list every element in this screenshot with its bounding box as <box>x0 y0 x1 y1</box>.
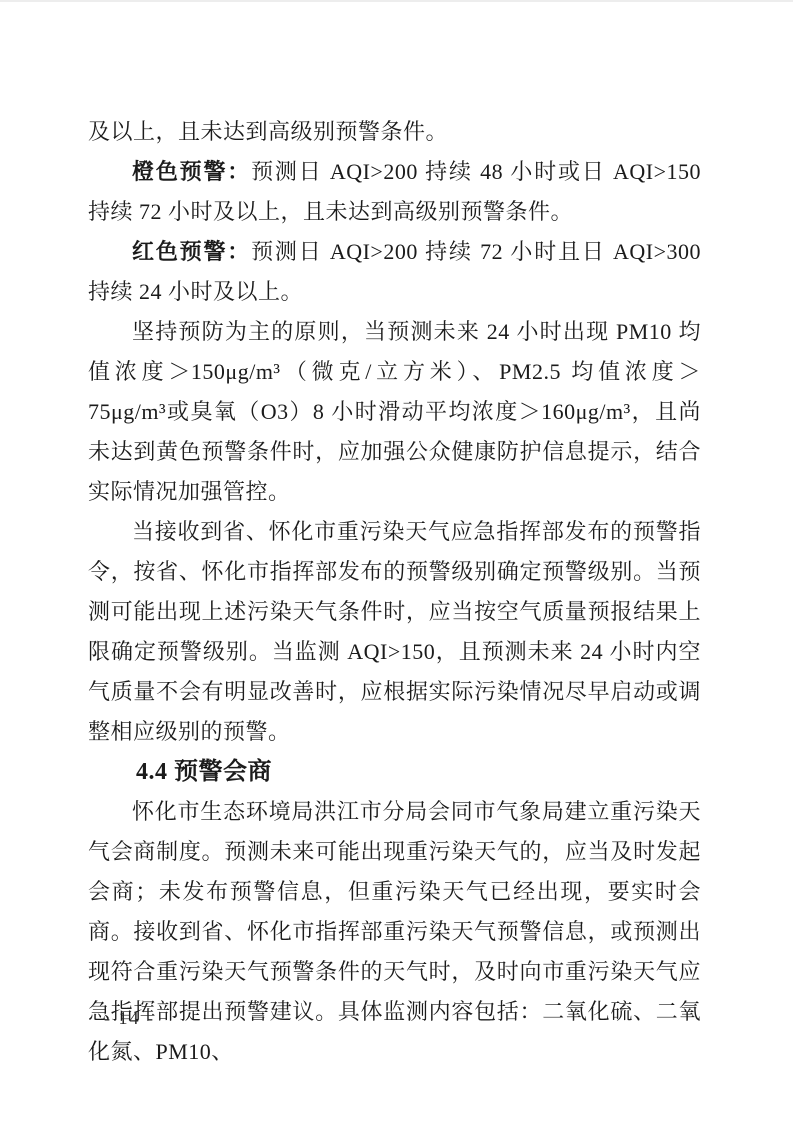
paragraph: 橙色预警：预测日 AQI>200 持续 48 小时或日 AQI>150 持续 7… <box>88 152 701 232</box>
section-heading: 4.4 预警会商 <box>88 752 701 792</box>
page-number: - 14 - <box>104 1006 155 1030</box>
bold-text-run: 4.4 预警会商 <box>136 759 272 785</box>
document-body: 及以上，且未达到高级别预警条件。橙色预警：预测日 AQI>200 持续 48 小… <box>88 112 701 1072</box>
paragraph: 及以上，且未达到高级别预警条件。 <box>88 112 701 152</box>
paragraph: 怀化市生态环境局洪江市分局会同市气象局建立重污染天气会商制度。预测未来可能出现重… <box>88 792 701 1072</box>
text-run: 及以上，且未达到高级别预警条件。 <box>88 119 448 144</box>
bold-text-run: 橙色预警： <box>132 159 251 184</box>
bold-text-run: 红色预警： <box>132 239 251 264</box>
text-run: 怀化市生态环境局洪江市分局会同市气象局建立重污染天气会商制度。预测未来可能出现重… <box>88 799 701 1064</box>
text-run: 坚持预防为主的原则，当预测未来 24 小时出现 PM10 均值浓度＞150μg/… <box>88 319 701 504</box>
scan-edge-artifact <box>0 0 793 2</box>
paragraph: 当接收到省、怀化市重污染天气应急指挥部发布的预警指令，按省、怀化市指挥部发布的预… <box>88 512 701 752</box>
document-page: 及以上，且未达到高级别预警条件。橙色预警：预测日 AQI>200 持续 48 小… <box>0 0 793 1122</box>
paragraph: 红色预警：预测日 AQI>200 持续 72 小时且日 AQI>300 持续 2… <box>88 232 701 312</box>
text-run: 当接收到省、怀化市重污染天气应急指挥部发布的预警指令，按省、怀化市指挥部发布的预… <box>88 519 701 744</box>
paragraph: 坚持预防为主的原则，当预测未来 24 小时出现 PM10 均值浓度＞150μg/… <box>88 312 701 512</box>
